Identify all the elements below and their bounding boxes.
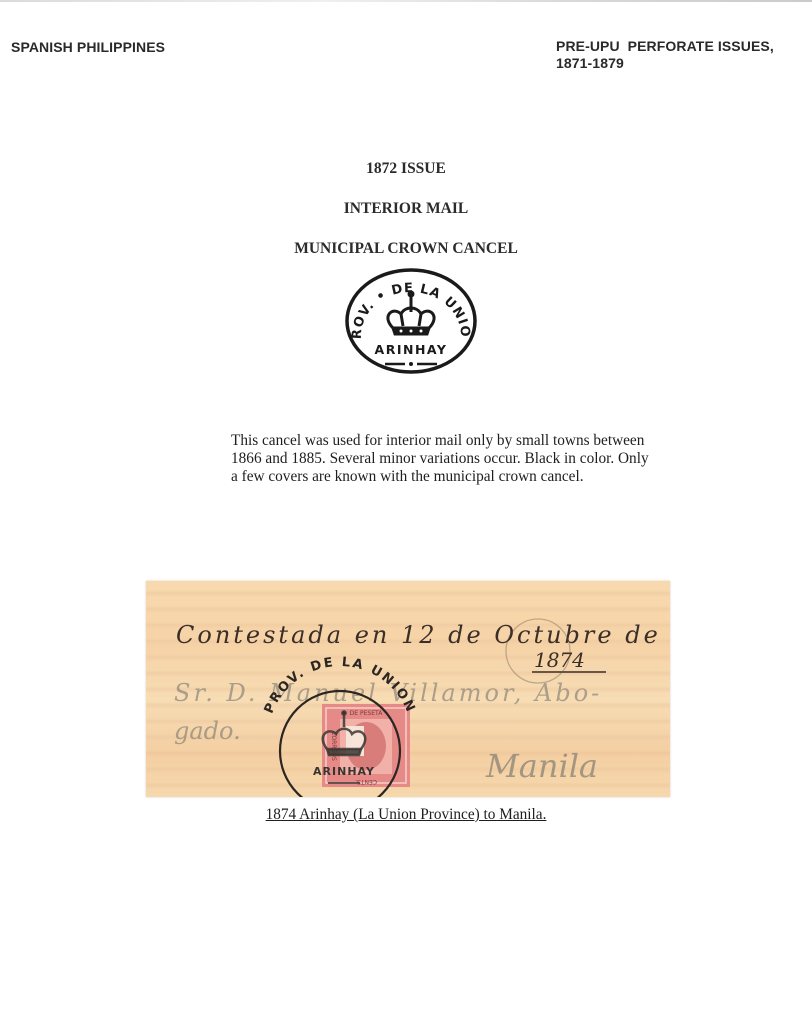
stamp-top-text: DE PESETA xyxy=(350,710,384,717)
stamp-bottom-text: CENTS. xyxy=(355,778,377,785)
crown-cancel-illustration: PROV. • DE LA UNION ARINHAY xyxy=(341,266,481,376)
header-section-line2: 1871-1879 xyxy=(556,55,774,72)
manuscript-year: 1874 xyxy=(534,648,585,672)
cancel-bottom-text: ARINHAY xyxy=(375,342,448,357)
postal-cover-image: Contestada en 12 de Octubre de 1874 Sr. … xyxy=(146,581,670,797)
header-section-line1: PRE-UPU PERFORATE ISSUES, xyxy=(556,38,774,55)
issue-title: 1872 ISSUE xyxy=(0,160,812,178)
address-line2: gado. xyxy=(174,717,241,745)
manuscript-answered-line: Contestada en 12 de Octubre de xyxy=(176,621,661,649)
destination-text: Manila xyxy=(485,747,598,785)
header-country: SPANISH PHILIPPINES xyxy=(11,39,165,56)
postmark-bottom-text: ARINHAY xyxy=(313,765,375,778)
header-section: PRE-UPU PERFORATE ISSUES, 1871-1879 xyxy=(556,38,774,72)
cover-caption: 1874 Arinhay (La Union Province) to Mani… xyxy=(0,806,812,824)
cancel-type-title: MUNICIPAL CROWN CANCEL xyxy=(0,240,812,258)
scan-edge xyxy=(0,0,812,2)
mail-type-title: INTERIOR MAIL xyxy=(0,200,812,218)
description-text: This cancel was used for interior mail o… xyxy=(231,432,651,486)
